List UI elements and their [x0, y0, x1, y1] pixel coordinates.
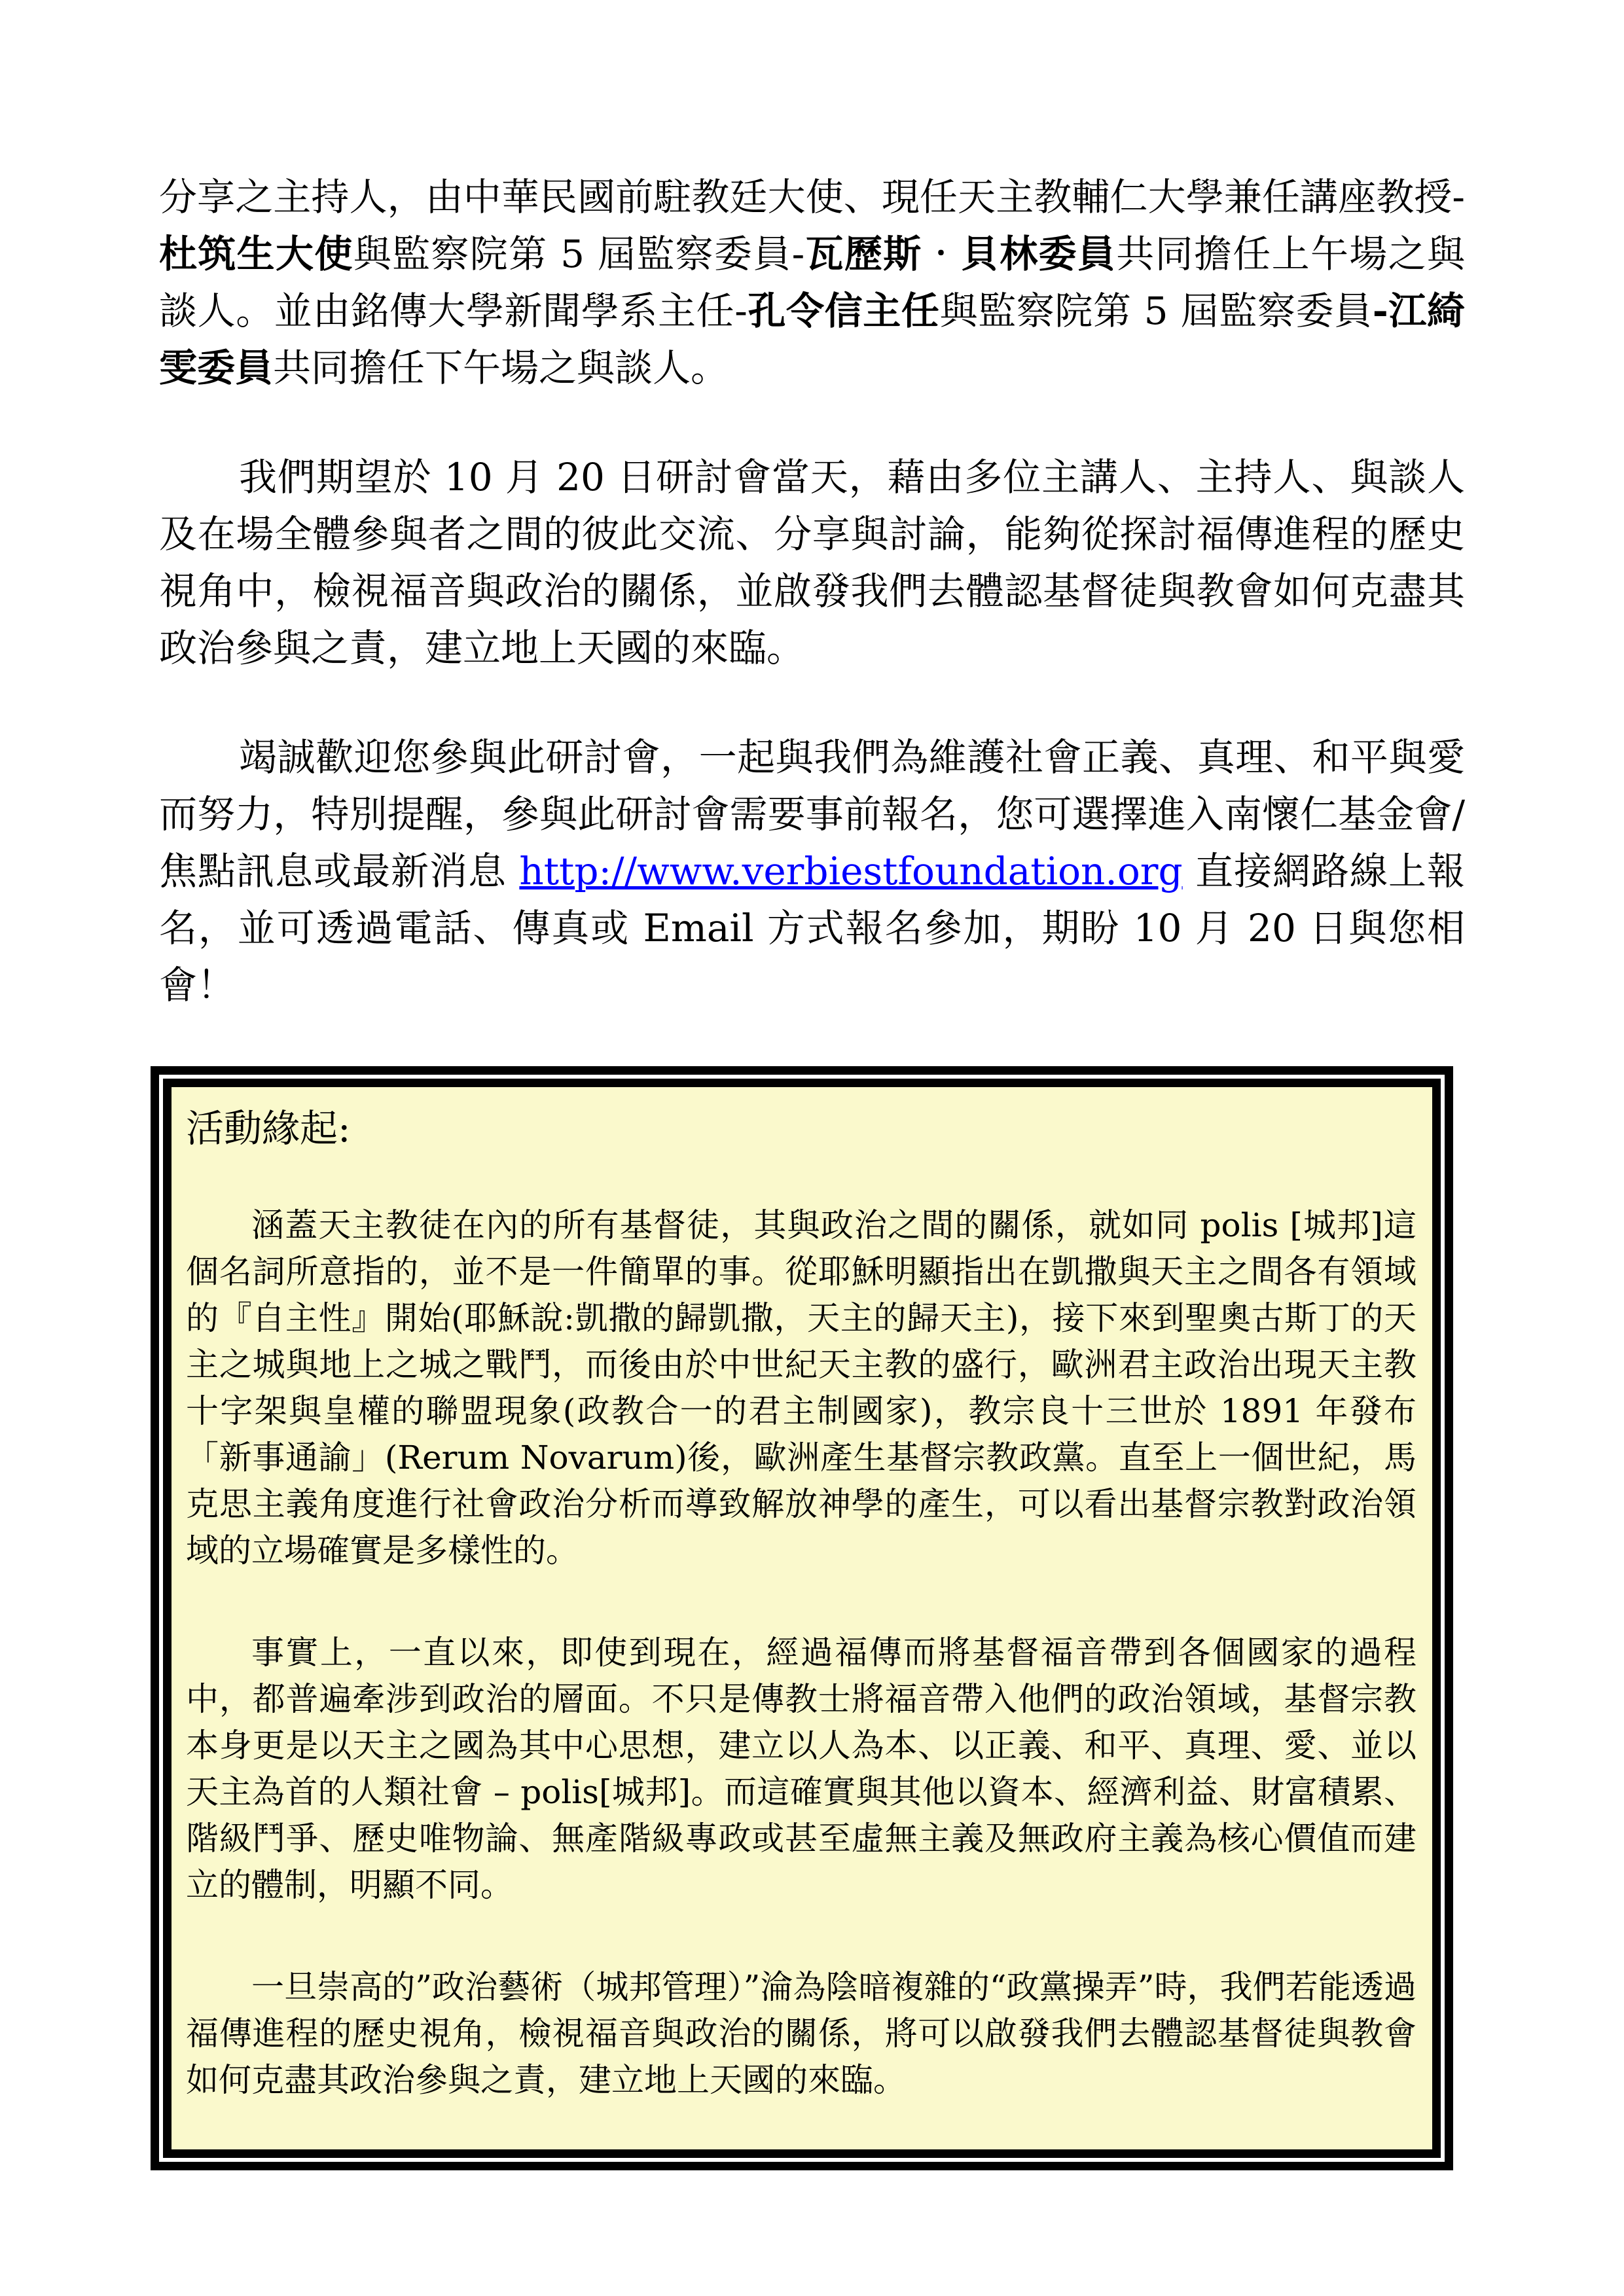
text-run: 與監察院第 5 屆監察委員-	[353, 232, 804, 276]
paragraph-expectation: 我們期望於 10 月 20 日研討會當天，藉由多位主講人、主持人、與談人及在場全…	[159, 449, 1465, 677]
event-origin-heading: 活動緣起:	[186, 1102, 1416, 1155]
text-run: 涵蓋天主教徒在內的所有基督徒，其與政治之間的關係，就如同 polis [城邦]這…	[186, 1206, 1416, 1570]
speaker-name-du-zhusheng: 杜筑生大使	[159, 232, 353, 276]
text-run: 共同擔任下午場之與談人。	[273, 346, 729, 390]
origin-paragraph-conclusion: 一旦崇高的”政治藝術（城邦管理）”淪為陰暗複雜的“政黨操弄”時，我們若能透過福傳…	[186, 1964, 1416, 2104]
text-run: 一旦崇高的”政治藝術（城邦管理）”淪為陰暗複雜的“政黨操弄”時，我們若能透過福傳…	[186, 1968, 1416, 2099]
text-run: 事實上，一直以來，即使到現在，經過福傳而將基督福音帶到各個國家的過程中，都普遍牽…	[186, 1634, 1416, 1904]
foundation-url-link[interactable]: http://www.verbiestfoundation.org	[519, 849, 1182, 893]
origin-paragraph-evangelization: 事實上，一直以來，即使到現在，經過福傳而將基督福音帶到各個國家的過程中，都普遍牽…	[186, 1630, 1416, 1909]
document-page: 分享之主持人，由中華民國前駐教廷大使、現任天主教輔仁大學兼任講座教授-杜筑生大使…	[0, 0, 1624, 2296]
paragraph-speakers: 分享之主持人，由中華民國前駐教廷大使、現任天主教輔仁大學兼任講座教授-杜筑生大使…	[159, 169, 1465, 397]
text-run: 與監察院第 5 屆監察委員	[940, 289, 1373, 333]
origin-paragraph-history: 涵蓋天主教徒在內的所有基督徒，其與政治之間的關係，就如同 polis [城邦]這…	[186, 1202, 1416, 1574]
paragraph-registration: 竭誠歡迎您參與此研討會，一起與我們為維護社會正義、真理、和平與愛而努力，特別提醒…	[159, 729, 1465, 1014]
event-origin-box-inner: 活動緣起: 涵蓋天主教徒在內的所有基督徒，其與政治之間的關係，就如同 polis…	[163, 1079, 1441, 2158]
text-run: 我們期望於 10 月 20 日研討會當天，藉由多位主講人、主持人、與談人及在場全…	[159, 455, 1465, 670]
speaker-name-kong-lingxin: 孔令信主任	[748, 289, 940, 333]
event-origin-box: 活動緣起: 涵蓋天主教徒在內的所有基督徒，其與政治之間的關係，就如同 polis…	[151, 1066, 1453, 2170]
text-run: 分享之主持人，由中華民國前駐教廷大使、現任天主教輔仁大學兼任講座教授-	[159, 175, 1465, 219]
speaker-name-walis-pelin: 瓦歷斯‧貝林委員	[804, 232, 1116, 276]
